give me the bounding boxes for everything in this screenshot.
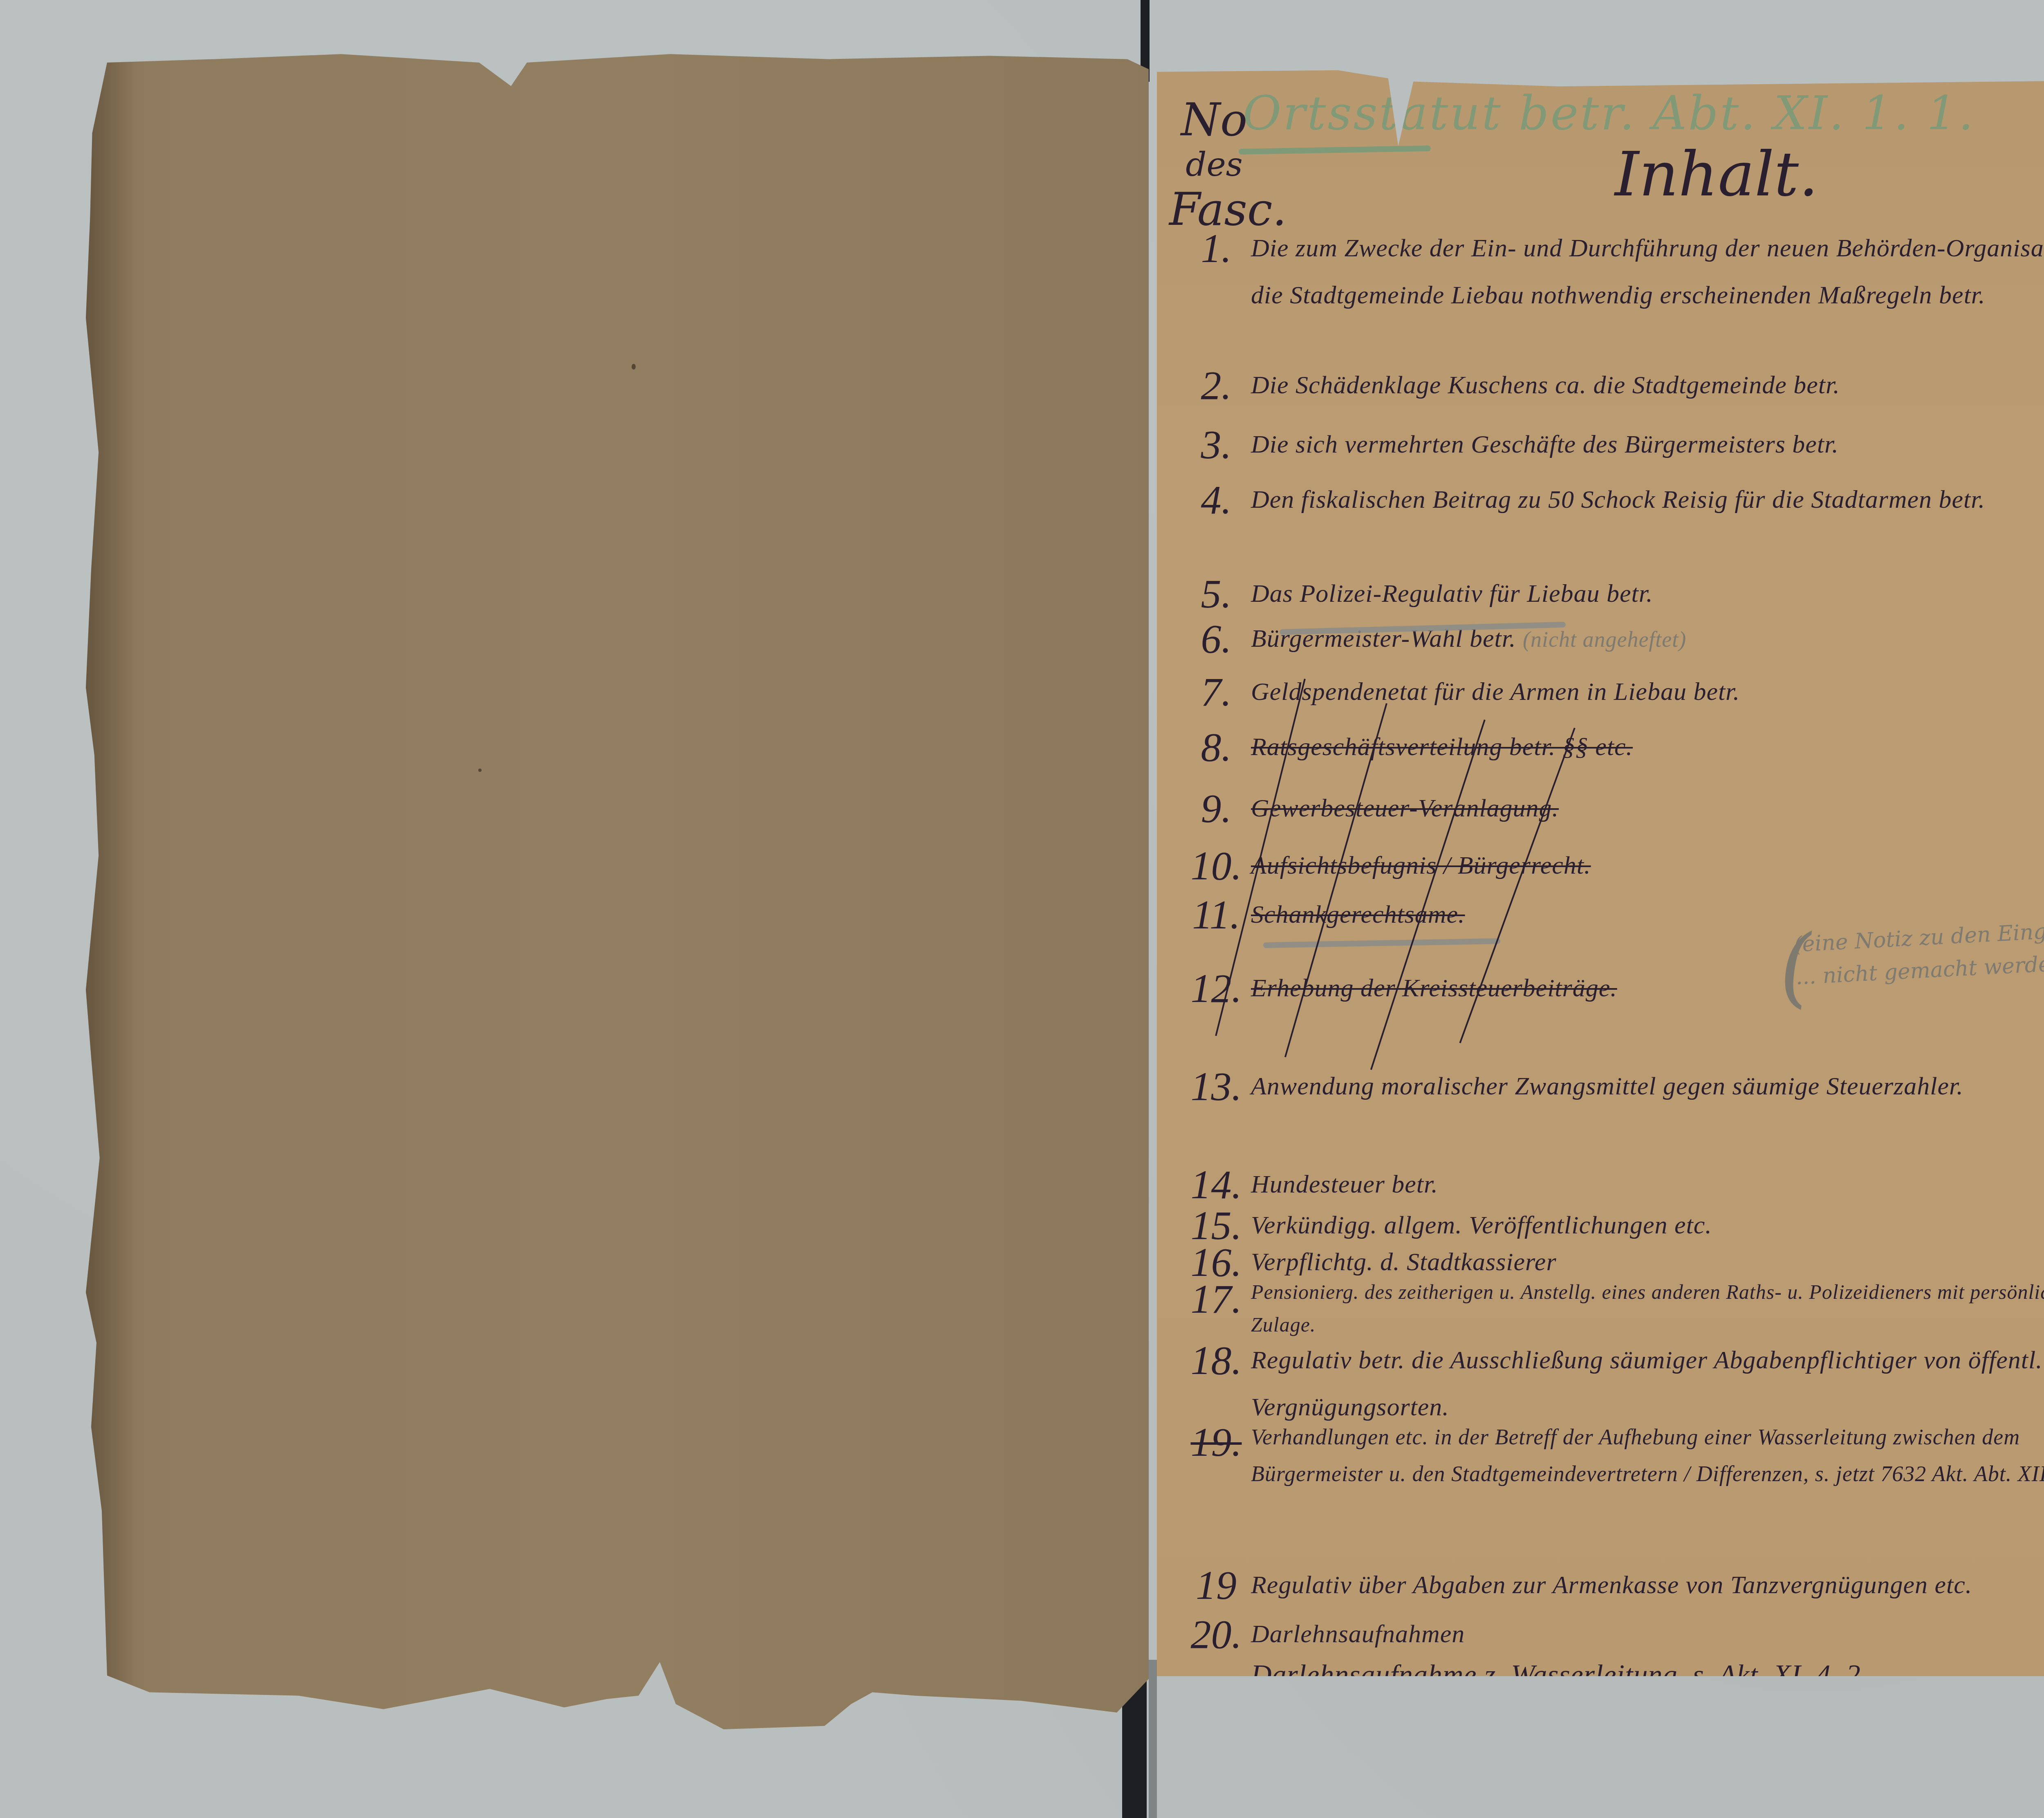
- paper-speck: [632, 364, 636, 370]
- entry-number: 5.: [1181, 570, 1251, 617]
- index-entry-2: 2. Die Schädenklage Kuschens ca. die Sta…: [1181, 362, 2044, 409]
- index-entry-8: 8. Ratsgeschäftsverteilung betr. §§ etc.: [1181, 724, 2044, 771]
- entry-text: Die sich vermehrten Geschäfte des Bürger…: [1251, 421, 2044, 468]
- index-entries: 1. Die zum Zwecke der Ein- und Durchführ…: [1157, 65, 2044, 1676]
- entry-number: 19: [1181, 1562, 1251, 1609]
- index-entry-9: 9. Gewerbesteuer-Veranlagung.: [1181, 785, 2044, 832]
- entry-number: 6.: [1181, 615, 1251, 663]
- entry-text: Die zum Zwecke der Ein- und Durchführung…: [1251, 225, 2044, 319]
- right-index-page: Ortsstatut betr. Abt. XI. 1. 1. No des F…: [1157, 65, 2044, 1676]
- paper-speck: [478, 769, 482, 772]
- entry-number: 19.: [1181, 1419, 1251, 1492]
- entry-text: Aufsichtsbefugnis / Bürgerrecht.: [1251, 842, 2044, 889]
- entry-number: 13.: [1181, 1063, 1251, 1110]
- index-entry-1: 1. Die zum Zwecke der Ein- und Durchführ…: [1181, 225, 2044, 319]
- entry-number: 11.: [1181, 891, 1251, 938]
- entry-pencil-note: (nicht angeheftet): [1523, 627, 1686, 652]
- entry-text: Regulativ über Abgaben zur Armenkasse vo…: [1251, 1562, 2044, 1609]
- entry-text: Verhandlungen etc. in der Betreff der Au…: [1251, 1419, 2044, 1492]
- index-entry-18: 18. Regulativ betr. die Ausschließung sä…: [1181, 1337, 2044, 1431]
- entry-number: 8.: [1181, 724, 1251, 771]
- binding-edge: [1149, 1660, 1157, 1818]
- entry-text: Das Polizei-Regulativ für Liebau betr.: [1251, 570, 2044, 617]
- entry-number: 17.: [1181, 1276, 1251, 1341]
- index-entry-19: 19 Regulativ über Abgaben zur Armenkasse…: [1181, 1562, 2044, 1609]
- entry-text: Darlehnsaufnahmen: [1251, 1611, 2044, 1658]
- entry-number: 10.: [1181, 842, 1251, 889]
- note-bracket: (: [1777, 924, 1815, 1011]
- entry-number: 14.: [1181, 1161, 1251, 1208]
- entry-text: Anwendung moralischer Zwangsmittel gegen…: [1251, 1063, 2044, 1110]
- index-entry-5: 5. Das Polizei-Regulativ für Liebau betr…: [1181, 570, 2044, 617]
- entry-number: 1.: [1181, 225, 1251, 319]
- entry-text: Regulativ betr. die Ausschließung säumig…: [1251, 1337, 2044, 1431]
- entry-text: Gewerbesteuer-Veranlagung.: [1251, 785, 2044, 832]
- entry-number: 4.: [1181, 476, 1251, 523]
- entry-number: 3.: [1181, 421, 1251, 468]
- entry-number: 20.: [1181, 1611, 1251, 1658]
- index-entry-13: 13. Anwendung moralischer Zwangsmittel g…: [1181, 1063, 2044, 1110]
- index-entry-20: 20. Darlehnsaufnahmen: [1181, 1611, 2044, 1658]
- index-entry-7: 7. Geldspendenetat für die Armen in Lieb…: [1181, 668, 2044, 715]
- index-entry-17: 17. Pensionierg. des zeitherigen u. Anst…: [1181, 1276, 2044, 1341]
- entry-text: Pensionierg. des zeitherigen u. Anstellg…: [1251, 1276, 2044, 1341]
- entry-number: 9.: [1181, 785, 1251, 832]
- left-cover-page: [86, 49, 1149, 1729]
- entry-number: 2.: [1181, 362, 1251, 409]
- entry-number: 18.: [1181, 1337, 1251, 1431]
- entry-text: Geldspendenetat für die Armen in Liebau …: [1251, 668, 2044, 715]
- index-entry-3: 3. Die sich vermehrten Geschäfte des Bür…: [1181, 421, 2044, 468]
- index-entry-14: 14. Hundesteuer betr.: [1181, 1161, 2044, 1208]
- pencil-strikethrough-11: [1263, 938, 1500, 948]
- entry-text: Die Schädenklage Kuschens ca. die Stadtg…: [1251, 362, 2044, 409]
- index-entry-4: 4. Den fiskalischen Beitrag zu 50 Schock…: [1181, 476, 2044, 523]
- entry-text: Den fiskalischen Beitrag zu 50 Schock Re…: [1251, 476, 2044, 523]
- entry-number: 7.: [1181, 668, 1251, 715]
- index-entry-10: 10. Aufsichtsbefugnis / Bürgerrecht.: [1181, 842, 2044, 889]
- index-entry-19-cancelled: 19. Verhandlungen etc. in der Betreff de…: [1181, 1419, 2044, 1492]
- index-entry-6: 6. Bürgermeister-Wahl betr. (nicht angeh…: [1181, 615, 2044, 663]
- entry-number: 12.: [1181, 965, 1251, 1012]
- entry-text: Hundesteuer betr.: [1251, 1161, 2044, 1208]
